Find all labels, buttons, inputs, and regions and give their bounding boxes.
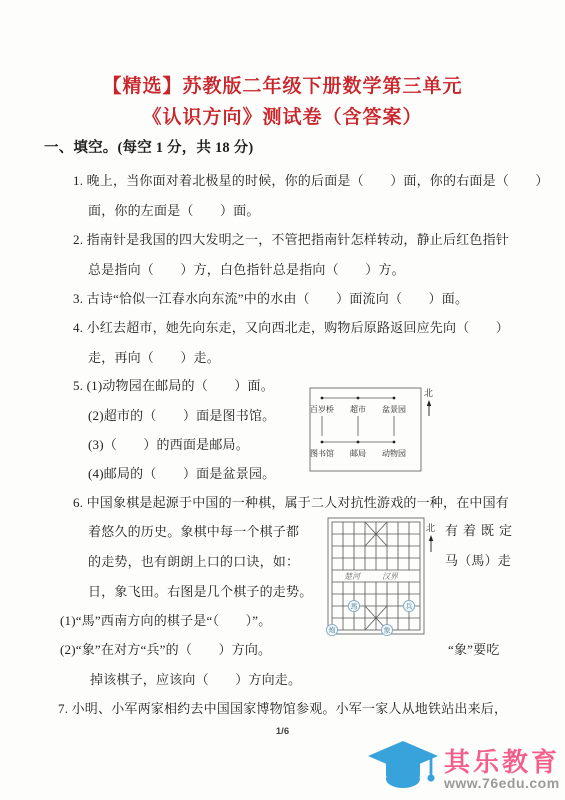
piece-bing: 兵 [403, 600, 414, 611]
piece-xiang: 象 [381, 624, 392, 635]
river-label-chuhe: 楚河 [344, 572, 362, 581]
question-6-line-3: 的走势，也有朗朗上口的口诀，如： [88, 551, 299, 570]
question-6-side-3: “象”要吃 [448, 639, 500, 658]
svg-text:北: 北 [424, 387, 433, 398]
map-label-tushuguan: 图书馆 [310, 448, 334, 458]
question-4-line-2: 走，再向（ ）走。 [88, 347, 220, 366]
logo-brand-name: 其乐教育 [444, 742, 560, 779]
map-north-arrow-icon: 北 [424, 387, 433, 416]
map-border [310, 388, 421, 471]
question-6-line-1: 6. 中国象棋是起源于中国的一种棋，属于二人对抗性游戏的一种，在中国有 [73, 492, 509, 511]
question-4-line-1: 4. 小红去超市，她先向东走，又向西北走，购物后原路返回应先向（ ） [73, 317, 509, 336]
question-6-line-4: 日，象飞田。右图是几个棋子的走势。 [88, 581, 312, 600]
svg-text:北: 北 [426, 522, 435, 533]
piece-pao: 炮 [326, 624, 337, 635]
section-1-heading: 一、填空。(每空 1 分，共 18 分) [44, 136, 253, 157]
qile-education-logo: 其乐教育 www.76edu.com [366, 738, 562, 798]
question-6-line-2: 着悠久的历史。象棋中每一个棋子都 [88, 521, 299, 540]
question-5-item-2: (2)超市的（ ）面是图书馆。 [88, 405, 275, 424]
paper-title-line-1: 【精选】苏教版二年级下册数学第三单元 [0, 71, 565, 98]
question-2-line-1: 2. 指南针是我国的四大发明之一，不管把指南针怎样转动，静止后红色指针 [73, 229, 509, 248]
question-1-line-2: 面，你的左面是（ ）面。 [88, 200, 260, 219]
logo-website-url: www.76edu.com [444, 775, 560, 791]
question-6-sub-2: (2)“象”在对方“兵”的（ ）方向。 [60, 639, 271, 658]
question-1-line-1: 1. 晚上，当你面对着北极星的时候，你的后面是（ ）面，你的右面是（ ） [73, 170, 549, 189]
map-label-dongwuyuan: 动物园 [382, 448, 406, 458]
svg-text:炮: 炮 [329, 626, 336, 635]
question-6-sub-1: (1)“馬”西南方向的棋子是“（ ）”。 [60, 610, 271, 629]
map-label-youju: 邮局 [350, 448, 366, 458]
svg-text:兵: 兵 [406, 602, 413, 611]
page-number: 1/6 [0, 726, 565, 737]
svg-text:馬: 馬 [351, 603, 358, 611]
question-5-item-3: (3)（ ）的西面是邮局。 [88, 434, 249, 453]
question-5-item-4: (4)邮局的（ ）面是盆景园。 [88, 463, 275, 482]
piece-ma: 馬 [348, 600, 359, 611]
question-5-item-1: 5. (1)动物园在邮局的（ ）面。 [73, 375, 274, 394]
map-label-baisuiqiao: 百岁桥 [310, 404, 334, 414]
map-label-chaoshi: 超市 [350, 404, 366, 414]
question-6-sub-2-cont: 掉该棋子，应该向（ ）方向走。 [90, 669, 301, 688]
q6-xiangqi-board-diagram: 楚河 汉界 馬 兵 炮 象 北 [326, 512, 444, 640]
question-6-side-2: 马（馬）走 [445, 550, 511, 569]
paper-title-line-2: 《认识方向》测试卷（含答案） [0, 102, 565, 129]
question-2-line-2: 总是指向（ ）方，白色指针总是指向（ ）方。 [88, 259, 405, 278]
graduation-cap-icon [366, 738, 440, 796]
question-3-line-1: 3. 古诗“恰似一江春水向东流”中的水由（ ）面流向（ ）面。 [73, 288, 468, 307]
svg-text:象: 象 [384, 626, 391, 635]
river-label-hanjie: 汉界 [382, 572, 399, 581]
test-paper-page: 【精选】苏教版二年级下册数学第三单元 《认识方向》测试卷（含答案） 一、填空。(… [0, 0, 565, 800]
board-north-arrow-icon: 北 [426, 522, 435, 552]
q5-location-map-diagram: 百岁桥 超市 盆景园 图书馆 邮局 动物园 北 [303, 382, 443, 477]
question-6-side-1: 有着既定 [445, 520, 517, 539]
question-7-line-1: 7. 小明、小军两家相约去中国国家博物馆参观。小军一家人从地铁站出来后， [58, 698, 507, 717]
map-label-penjingyuan: 盆景园 [382, 404, 406, 414]
